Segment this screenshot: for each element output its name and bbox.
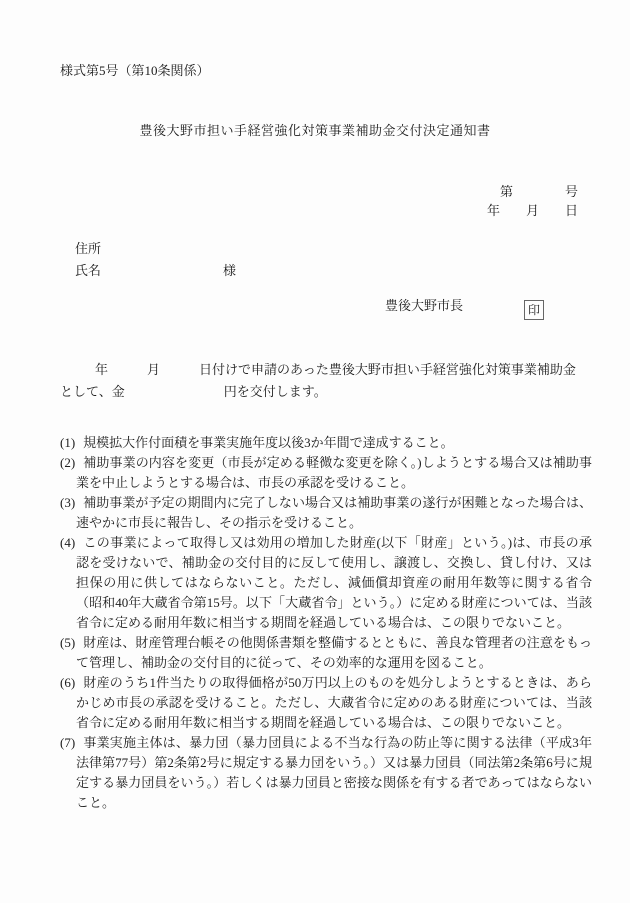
condition-text: 財産は、財産管理台帳その他関係書類を整備するとともに、善良な管理者の注意をもって… <box>76 635 592 670</box>
condition-number: (4) <box>60 535 75 550</box>
condition-item-5: (5)財産は、財産管理台帳その他関係書類を整備するとともに、善良な管理者の注意を… <box>60 633 592 673</box>
condition-number: (2) <box>60 455 75 470</box>
condition-item-7: (7)事業実施主体は、暴力団（暴力団員による不当な行為の防止等に関する法律（平成… <box>60 733 592 813</box>
amount-prefix: として、金 <box>60 384 125 399</box>
document-page: 様式第5号（第10条関係） 豊後大野市担い手経営強化対策事業補助金交付決定通知書… <box>0 0 630 903</box>
body-paragraph: 年 月 日付けで申請のあった豊後大野市担い手経営強化対策事業補助金 として、金円… <box>60 359 592 403</box>
condition-number: (3) <box>60 495 75 510</box>
recipient-name-label: 氏名 <box>75 263 101 278</box>
issuer-line: 豊後大野市長印 <box>385 296 592 316</box>
document-title: 豊後大野市担い手経営強化対策事業補助金交付決定通知書 <box>0 122 630 140</box>
mayor-name: 豊後大野市長 <box>385 298 463 313</box>
amount-suffix: 円を交付します。 <box>224 384 327 399</box>
seal-stamp-box: 印 <box>524 300 544 320</box>
condition-item-1: (1)規模拡大作付面積を事業実施年度以後3か年間で達成すること。 <box>60 433 592 453</box>
condition-item-2: (2)補助事業の内容を変更（市長が定める軽微な変更を除く。)しようとする場合又は… <box>60 453 592 493</box>
condition-number: (6) <box>60 675 75 690</box>
condition-number: (5) <box>60 635 75 650</box>
conditions-list: (1)規模拡大作付面積を事業実施年度以後3か年間で達成すること。 (2)補助事業… <box>60 433 592 813</box>
condition-text: この事業によって取得し又は効用の増加した財産(以下「財産」という。)は、市長の承… <box>76 535 592 630</box>
recipient-name-line: 氏名様 <box>75 262 592 279</box>
document-number-line: 第 号 <box>60 183 592 201</box>
condition-number: (1) <box>60 435 75 450</box>
condition-number: (7) <box>60 735 75 750</box>
recipient-honorific: 様 <box>223 263 236 278</box>
body-line-application: 年 月 日付けで申請のあった豊後大野市担い手経営強化対策事業補助金 <box>60 359 592 381</box>
condition-text: 規模拡大作付面積を事業実施年度以後3か年間で達成すること。 <box>83 435 454 450</box>
form-label: 様式第5号（第10条関係） <box>60 62 592 80</box>
body-line-amount: として、金円を交付します。 <box>60 381 592 403</box>
condition-text: 補助事業が予定の期間内に完了しない場合又は補助事業の遂行が困難となった場合は、速… <box>76 495 592 530</box>
condition-item-6: (6)財産のうち1件当たりの取得価格が50万円以上のものを処分しようとするときは… <box>60 673 592 733</box>
condition-item-4: (4)この事業によって取得し又は効用の増加した財産(以下「財産」という。)は、市… <box>60 533 592 633</box>
condition-text: 財産のうち1件当たりの取得価格が50万円以上のものを処分しようとするときは、あら… <box>76 675 592 730</box>
condition-item-3: (3)補助事業が予定の期間内に完了しない場合又は補助事業の遂行が困難となった場合… <box>60 493 592 533</box>
condition-text: 事業実施主体は、暴力団（暴力団員による不当な行為の防止等に関する法律（平成3年法… <box>76 735 592 810</box>
recipient-address-label: 住所 <box>75 240 592 257</box>
condition-text: 補助事業の内容を変更（市長が定める軽微な変更を除く。)しようとする場合又は補助事… <box>76 455 592 490</box>
issue-date-line: 年 月 日 <box>60 202 592 220</box>
